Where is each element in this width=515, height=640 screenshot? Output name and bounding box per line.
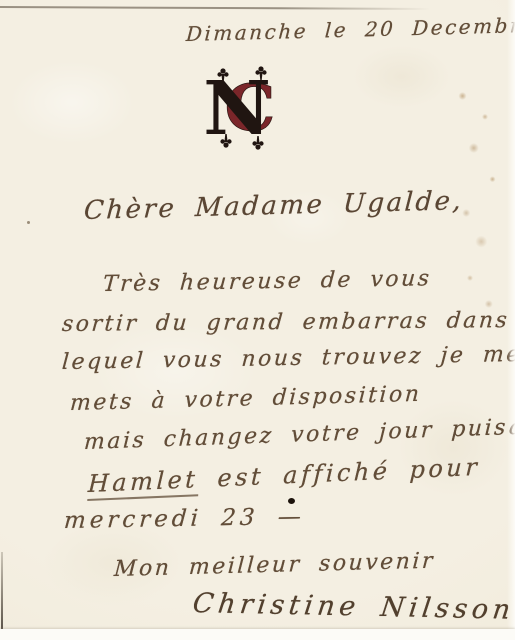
- body-line-mercredi: mercredi 23 —: [63, 504, 306, 534]
- scan-right-strip: [507, 0, 515, 629]
- hamlet-underlined-title: Hamlet: [87, 465, 199, 501]
- ink-blot: [288, 498, 295, 504]
- body-line-2: sortir du grand embarras dans: [61, 308, 510, 337]
- monogram-letter-n: N: [206, 66, 271, 152]
- paper-left-edge-line: [1, 552, 3, 636]
- letter-photo: Dimanche le 20 Decembre C N Chère Madame…: [0, 0, 515, 640]
- scan-bottom-strip: [0, 629, 515, 640]
- monogram-cipher: C N: [206, 64, 278, 152]
- paper-speck: [27, 221, 30, 224]
